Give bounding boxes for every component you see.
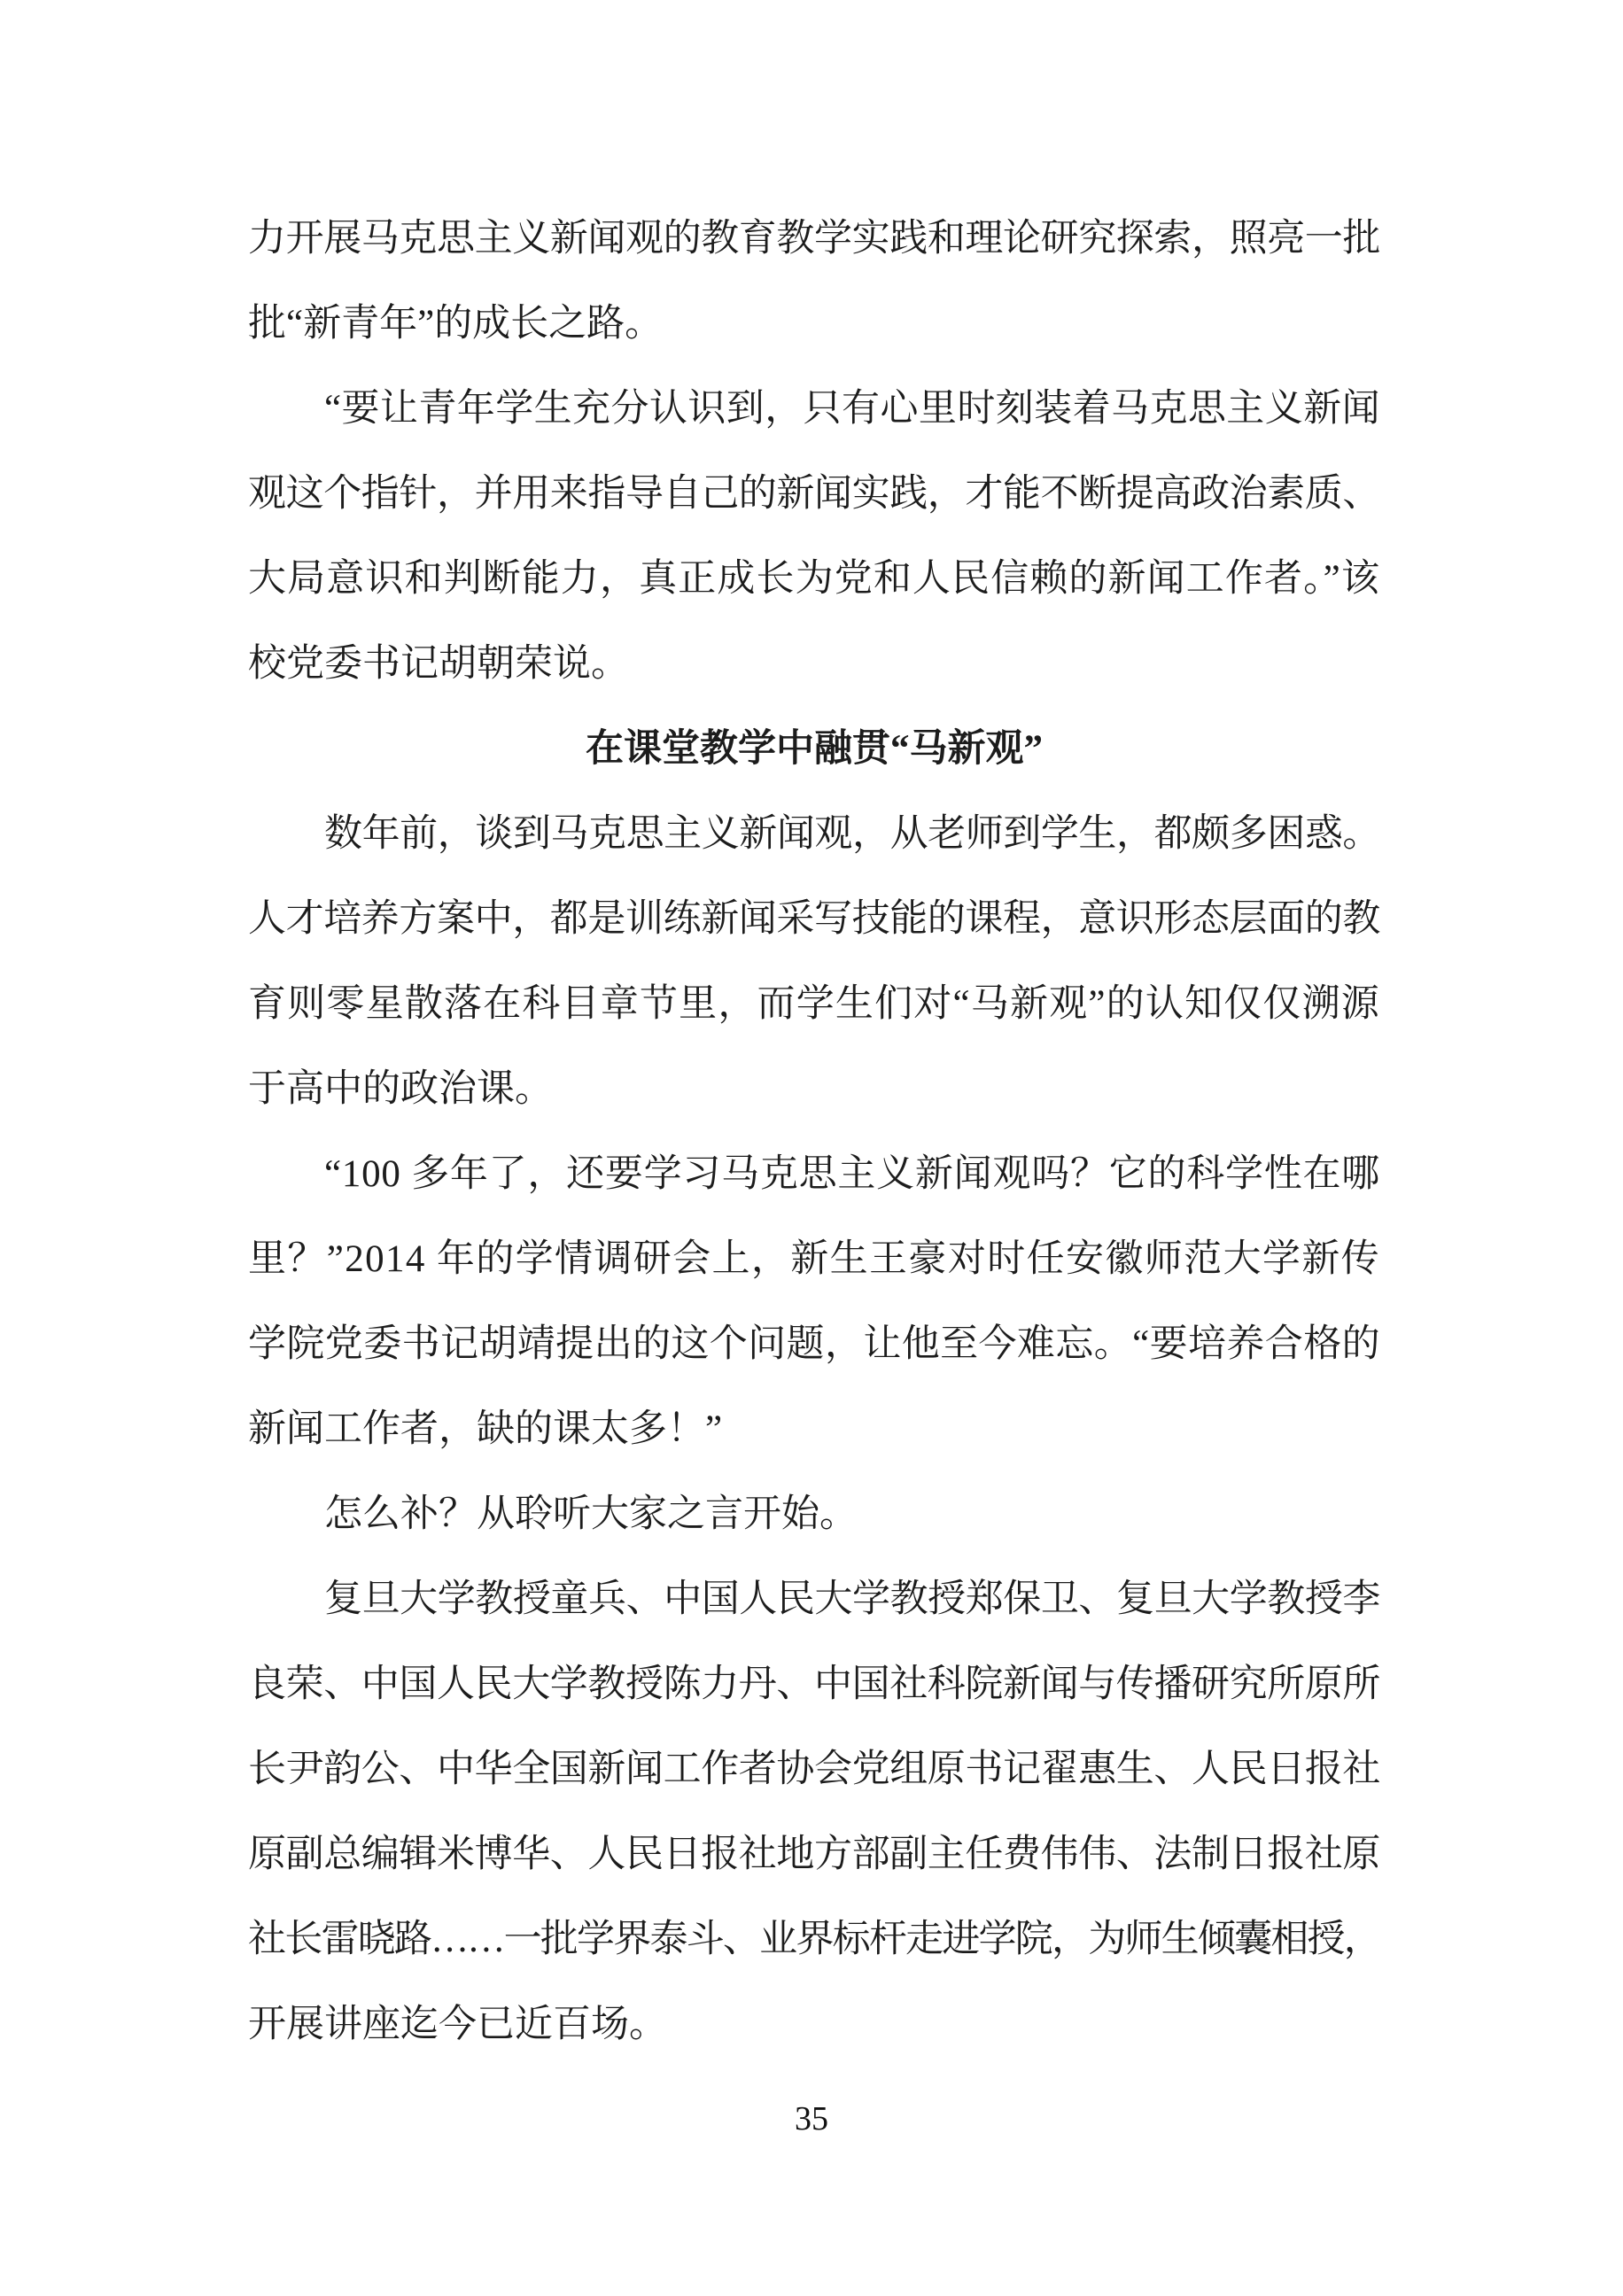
text-line: 长尹韵公、中华全国新闻工作者协会党组原书记翟惠生、人民日报社 <box>248 1727 1380 1812</box>
text-line-content: 批“新青年”的成长之路。 <box>248 303 663 345</box>
text-line-content: 于高中的政治课。 <box>248 1068 553 1110</box>
text-block: 力开展马克思主义新闻观的教育教学实践和理论研究探索，照亮一批 批“新青年”的成长… <box>248 197 1380 2067</box>
text-line-content: 在课堂教学中融贯“马新观” <box>586 728 1043 770</box>
text-line-content: “要让青年学生充分认识到，只有心里时刻装着马克思主义新闻 <box>324 388 1380 430</box>
text-line: “要让青年学生充分认识到，只有心里时刻装着马克思主义新闻 <box>248 367 1380 452</box>
text-line-content: 观这个指针，并用来指导自己的新闻实践，才能不断提高政治素质、 <box>248 473 1380 515</box>
text-line: 怎么补？从聆听大家之言开始。 <box>248 1472 1380 1557</box>
text-line: 于高中的政治课。 <box>248 1047 1380 1132</box>
text-line-content: 大局意识和判断能力，真正成长为党和人民信赖的新闻工作者。”该 <box>248 558 1380 600</box>
text-line: 里？”2014 年的学情调研会上，新生王豪对时任安徽师范大学新传 <box>248 1217 1380 1302</box>
section-heading: 在课堂教学中融贯“马新观” <box>248 707 1380 792</box>
text-line: 复旦大学教授童兵、中国人民大学教授郑保卫、复旦大学教授李 <box>248 1557 1380 1642</box>
text-line: “100 多年了，还要学习马克思主义新闻观吗？它的科学性在哪 <box>248 1132 1380 1217</box>
text-line-content: 校党委书记胡朝荣说。 <box>248 643 629 685</box>
text-line-content: 良荣、中国人民大学教授陈力丹、中国社科院新闻与传播研究所原所 <box>248 1664 1380 1705</box>
text-line-content: 学院党委书记胡靖提出的这个问题，让他至今难忘。“要培养合格的 <box>248 1323 1380 1365</box>
text-line-content: 原副总编辑米博华、人民日报社地方部副主任费伟伟、法制日报社原 <box>248 1834 1380 1875</box>
text-line: 批“新青年”的成长之路。 <box>248 282 1380 367</box>
text-line-content: 长尹韵公、中华全国新闻工作者协会党组原书记翟惠生、人民日报社 <box>248 1749 1380 1790</box>
page-number: 35 <box>0 2092 1623 2145</box>
text-line-content: 社长雷晓路……一批学界泰斗、业界标杆走进学院，为师生倾囊相授， <box>248 1919 1380 1960</box>
text-line-content: 力开展马克思主义新闻观的教育教学实践和理论研究探索，照亮一批 <box>248 218 1380 260</box>
text-line: 人才培养方案中，都是训练新闻采写技能的课程，意识形态层面的教 <box>248 877 1380 962</box>
text-line-content: 新闻工作者，缺的课太多！” <box>248 1408 722 1450</box>
text-line: 开展讲座迄今已近百场。 <box>248 1982 1380 2067</box>
text-line-content: 开展讲座迄今已近百场。 <box>248 2004 667 2045</box>
text-line-content: “100 多年了，还要学习马克思主义新闻观吗？它的科学性在哪 <box>324 1153 1380 1195</box>
text-line-content: 复旦大学教授童兵、中国人民大学教授郑保卫、复旦大学教授李 <box>324 1578 1380 1620</box>
text-line-content: 数年前，谈到马克思主义新闻观，从老师到学生，都颇多困惑。 <box>324 813 1380 855</box>
text-line: 良荣、中国人民大学教授陈力丹、中国社科院新闻与传播研究所原所 <box>248 1642 1380 1727</box>
text-line: 大局意识和判断能力，真正成长为党和人民信赖的新闻工作者。”该 <box>248 537 1380 622</box>
text-line: 社长雷晓路……一批学界泰斗、业界标杆走进学院，为师生倾囊相授， <box>248 1897 1380 1982</box>
document-page: 力开展马克思主义新闻观的教育教学实践和理论研究探索，照亮一批 批“新青年”的成长… <box>0 0 1623 2296</box>
text-line: 校党委书记胡朝荣说。 <box>248 622 1380 707</box>
text-line: 数年前，谈到马克思主义新闻观，从老师到学生，都颇多困惑。 <box>248 792 1380 877</box>
text-line-content: 人才培养方案中，都是训练新闻采写技能的课程，意识形态层面的教 <box>248 898 1380 940</box>
text-line-content: 里？”2014 年的学情调研会上，新生王豪对时任安徽师范大学新传 <box>248 1238 1380 1280</box>
text-line-content: 怎么补？从聆听大家之言开始。 <box>324 1493 858 1535</box>
text-line-content: 育则零星散落在科目章节里，而学生们对“马新观”的认知仅仅溯源 <box>248 983 1380 1025</box>
text-line: 观这个指针，并用来指导自己的新闻实践，才能不断提高政治素质、 <box>248 452 1380 537</box>
text-line: 力开展马克思主义新闻观的教育教学实践和理论研究探索，照亮一批 <box>248 197 1380 282</box>
text-line: 原副总编辑米博华、人民日报社地方部副主任费伟伟、法制日报社原 <box>248 1812 1380 1897</box>
text-line: 学院党委书记胡靖提出的这个问题，让他至今难忘。“要培养合格的 <box>248 1302 1380 1387</box>
text-line: 新闻工作者，缺的课太多！” <box>248 1387 1380 1472</box>
text-line: 育则零星散落在科目章节里，而学生们对“马新观”的认知仅仅溯源 <box>248 962 1380 1047</box>
